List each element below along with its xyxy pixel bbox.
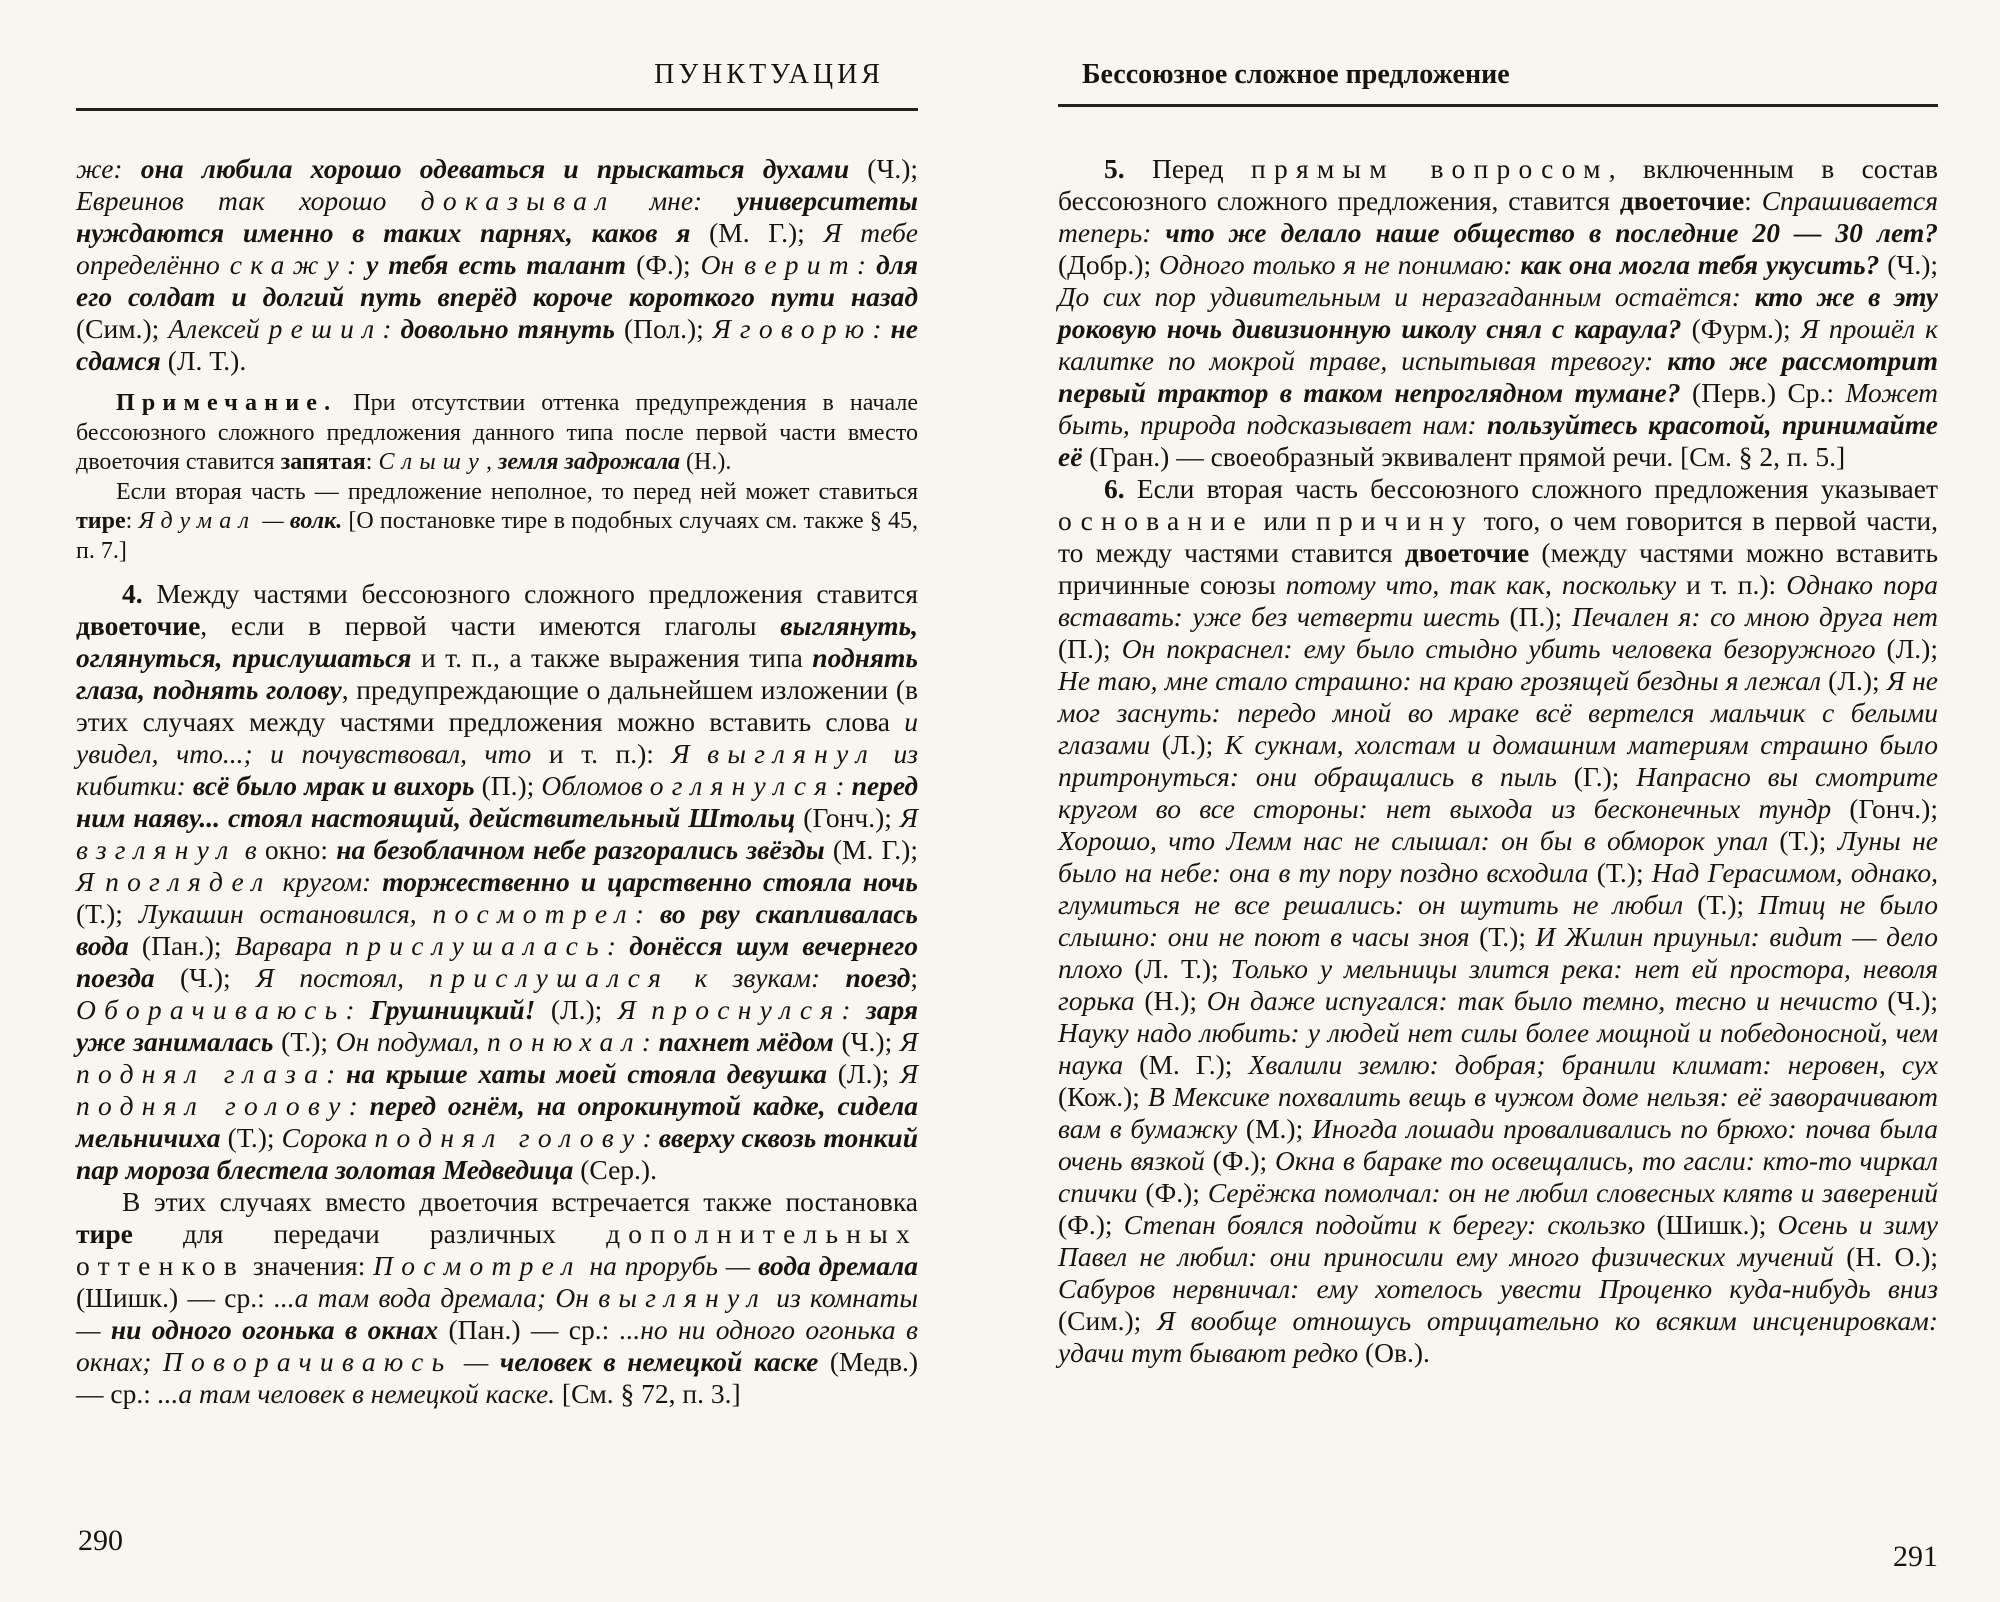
right-body-text: 5. Перед прямым вопросом, включенным в с… [1058,153,1938,1369]
note-paragraph: Если вторая часть — предложение неполное… [76,478,918,567]
left-body-text: же: она любила хорошо одеваться и прыска… [76,153,918,1410]
note-paragraph: Примечание. При отсутствии оттенка преду… [76,389,918,478]
paragraph-dash-variant: В этих случаях вместо двоеточия встречае… [76,1186,918,1410]
note-block: Примечание. При отсутствии оттенка преду… [76,389,918,566]
running-head-left: ПУНКТУАЦИЯ [76,60,918,90]
paragraph-continuation: же: она любила хорошо одеваться и прыска… [76,153,918,377]
paragraph-rule-6: 6. Если вторая часть бессоюзного сложног… [1058,473,1938,1369]
page-number-left: 290 [78,1524,123,1558]
paragraph-rule-5: 5. Перед прямым вопросом, включенным в с… [1058,153,1938,473]
page-right: Бессоюзное сложное предложение 5. Перед … [1058,0,1938,1369]
page-left: ПУНКТУАЦИЯ же: она любила хорошо одевать… [76,0,918,1410]
book-spread: ПУНКТУАЦИЯ же: она любила хорошо одевать… [0,0,2000,1602]
page-number-right: 291 [1868,1540,1938,1574]
header-rule-left [76,108,918,111]
paragraph-rule-4: 4. Между частями бессоюзного сложного пр… [76,578,918,1186]
header-rule-right [1058,104,1938,107]
running-head-right: Бессоюзное сложное предложение [1058,60,1938,90]
